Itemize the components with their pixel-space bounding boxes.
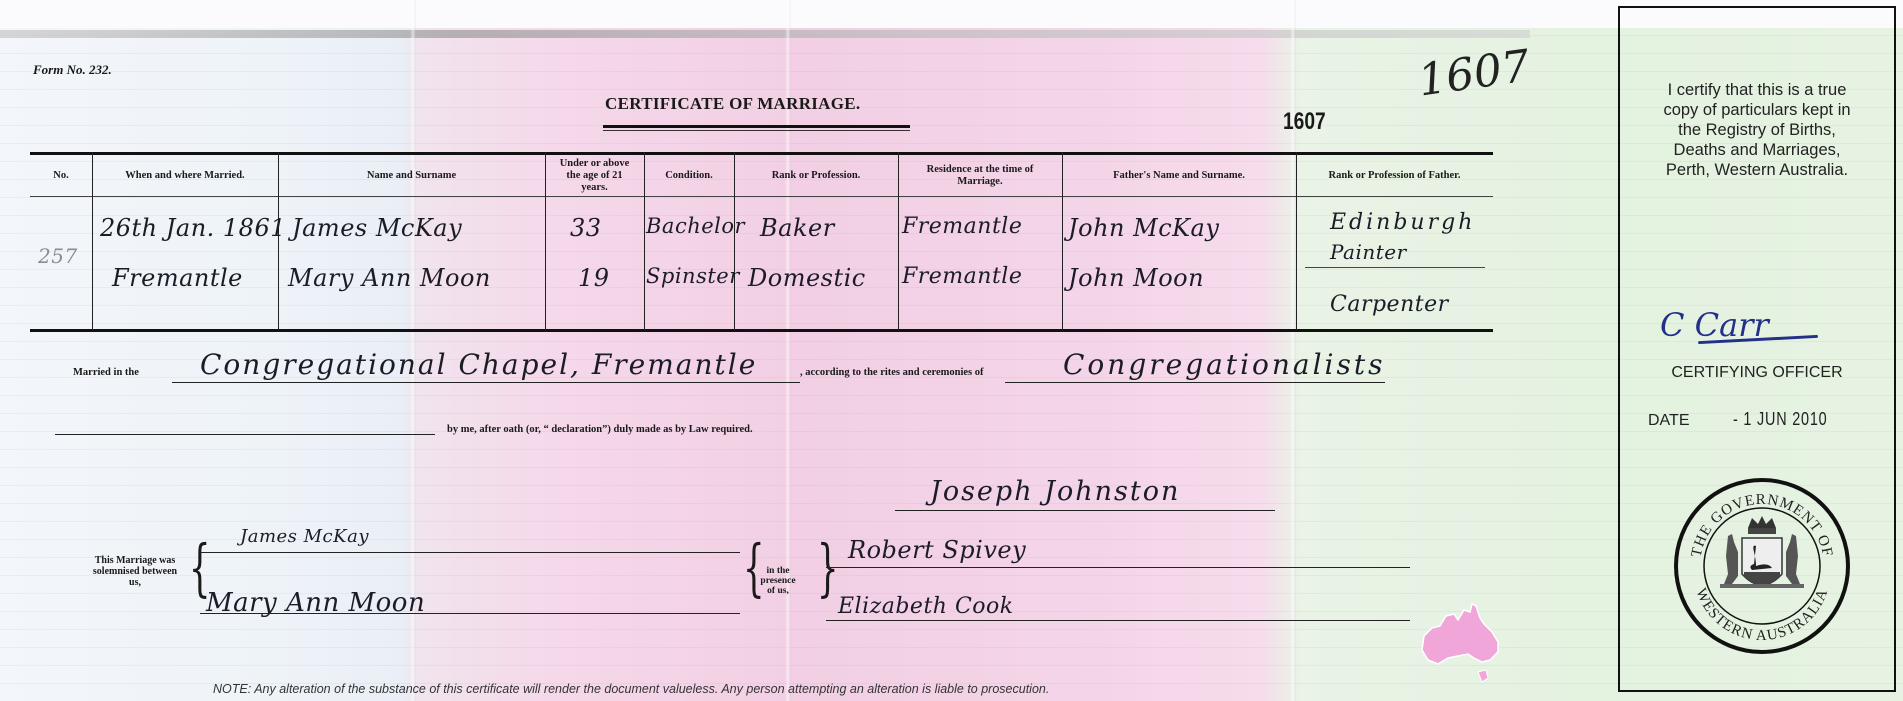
groom-profession: Baker	[760, 214, 835, 242]
groom-age: 33	[570, 214, 602, 242]
groom-signature-line	[200, 552, 740, 553]
witness-1-line	[826, 567, 1410, 568]
government-seal-icon: THE GOVERNMENT OF WESTERN AUSTRALIA	[1672, 476, 1852, 656]
presence-label-line: in the	[758, 566, 798, 576]
header-residence: Residence at the time of Marriage.	[898, 156, 1062, 196]
bride-name: Mary Ann Moon	[288, 264, 491, 292]
solemnised-label: This Marriage was solemnised between us,	[80, 555, 190, 588]
officiant-signature: Joseph Johnston	[930, 476, 1180, 507]
presence-right-brace: }	[817, 537, 839, 599]
groom-name: James McKay	[292, 214, 462, 242]
torn-paper-edge	[0, 30, 1530, 38]
header-father-name: Father's Name and Surname.	[1062, 156, 1296, 196]
rites-label: , according to the rites and ceremonies …	[800, 367, 984, 378]
presence-label-line: presence	[758, 576, 798, 586]
certificate-title: CERTIFICATE OF MARRIAGE.	[605, 94, 860, 114]
married-in-line	[172, 382, 800, 383]
bride-signature: Mary Ann Moon	[206, 588, 425, 618]
groom-father-name: John McKay	[1068, 214, 1219, 242]
header-profession: Rank or Profession.	[734, 156, 898, 196]
certification-statement: I certify that this is a true copy of pa…	[1620, 80, 1894, 180]
solemnised-label-line: This Marriage was	[80, 555, 190, 566]
header-divider	[30, 196, 1493, 197]
header-name: Name and Surname	[278, 156, 545, 196]
witness-2-signature: Elizabeth Cook	[838, 594, 1014, 619]
marriage-register-table: No. When and where Married. Name and Sur…	[30, 152, 1493, 334]
rites-value: Congregationalists	[1063, 348, 1386, 381]
married-in-value: Congregational Chapel, Fremantle	[200, 348, 757, 381]
rites-line	[1005, 382, 1385, 383]
officiant-line	[895, 510, 1275, 511]
married-in-label: Married in the	[73, 367, 139, 378]
father-profession-divider	[1305, 267, 1485, 268]
date-label: DATE	[1648, 412, 1689, 430]
header-when-where: When and where Married.	[92, 156, 278, 196]
printed-registration-number: 1607	[1283, 108, 1326, 136]
presence-label: in the presence of us,	[758, 566, 798, 596]
title-underline	[603, 125, 910, 128]
groom-residence: Fremantle	[902, 214, 1022, 239]
groom-father-birthplace: Edinburgh	[1330, 210, 1475, 235]
handwritten-registration-number: 1607	[1415, 40, 1533, 106]
header-condition: Condition.	[644, 156, 734, 196]
table-bottom-rule	[30, 329, 1493, 332]
groom-signature: James McKay	[240, 526, 369, 547]
header-father-profession: Rank or Profession of Father.	[1296, 156, 1493, 196]
header-no: No.	[30, 156, 92, 196]
bride-residence: Fremantle	[902, 264, 1022, 289]
solemnised-label-line: us,	[80, 577, 190, 588]
entry-date: 26th Jan. 1861	[100, 214, 286, 242]
declaration-text: by me, after oath (or, “ declaration”) d…	[447, 424, 753, 435]
bride-father-profession: Carpenter	[1330, 292, 1449, 317]
bride-father-name: John Moon	[1068, 264, 1204, 292]
alteration-warning-note: NOTE: Any alteration of the substance of…	[213, 682, 1049, 696]
bride-profession: Domestic	[748, 264, 866, 292]
form-number: Form No. 232.	[33, 62, 112, 78]
bride-age: 19	[578, 264, 610, 292]
bride-condition: Spinster	[646, 264, 740, 288]
declaration-blank-line	[55, 434, 435, 435]
title-underline	[603, 130, 910, 131]
header-age: Under or above the age of 21 years.	[545, 154, 644, 198]
date-stamp: - 1 JUN 2010	[1733, 409, 1827, 430]
witness-2-line	[826, 620, 1410, 621]
presence-label-line: of us,	[758, 586, 798, 596]
witness-1-signature: Robert Spivey	[848, 536, 1026, 564]
certifying-officer-label: CERTIFYING OFFICER	[1620, 364, 1894, 382]
groom-condition: Bachelor	[646, 214, 745, 238]
entry-place: Fremantle	[112, 264, 243, 292]
solemnised-label-line: solemnised between	[80, 566, 190, 577]
australia-map-icon	[1418, 598, 1510, 688]
certification-panel: I certify that this is a true copy of pa…	[1618, 6, 1896, 692]
entry-number: 257	[38, 244, 78, 268]
groom-father-profession: Painter	[1330, 240, 1407, 264]
table-top-rule	[30, 152, 1493, 155]
